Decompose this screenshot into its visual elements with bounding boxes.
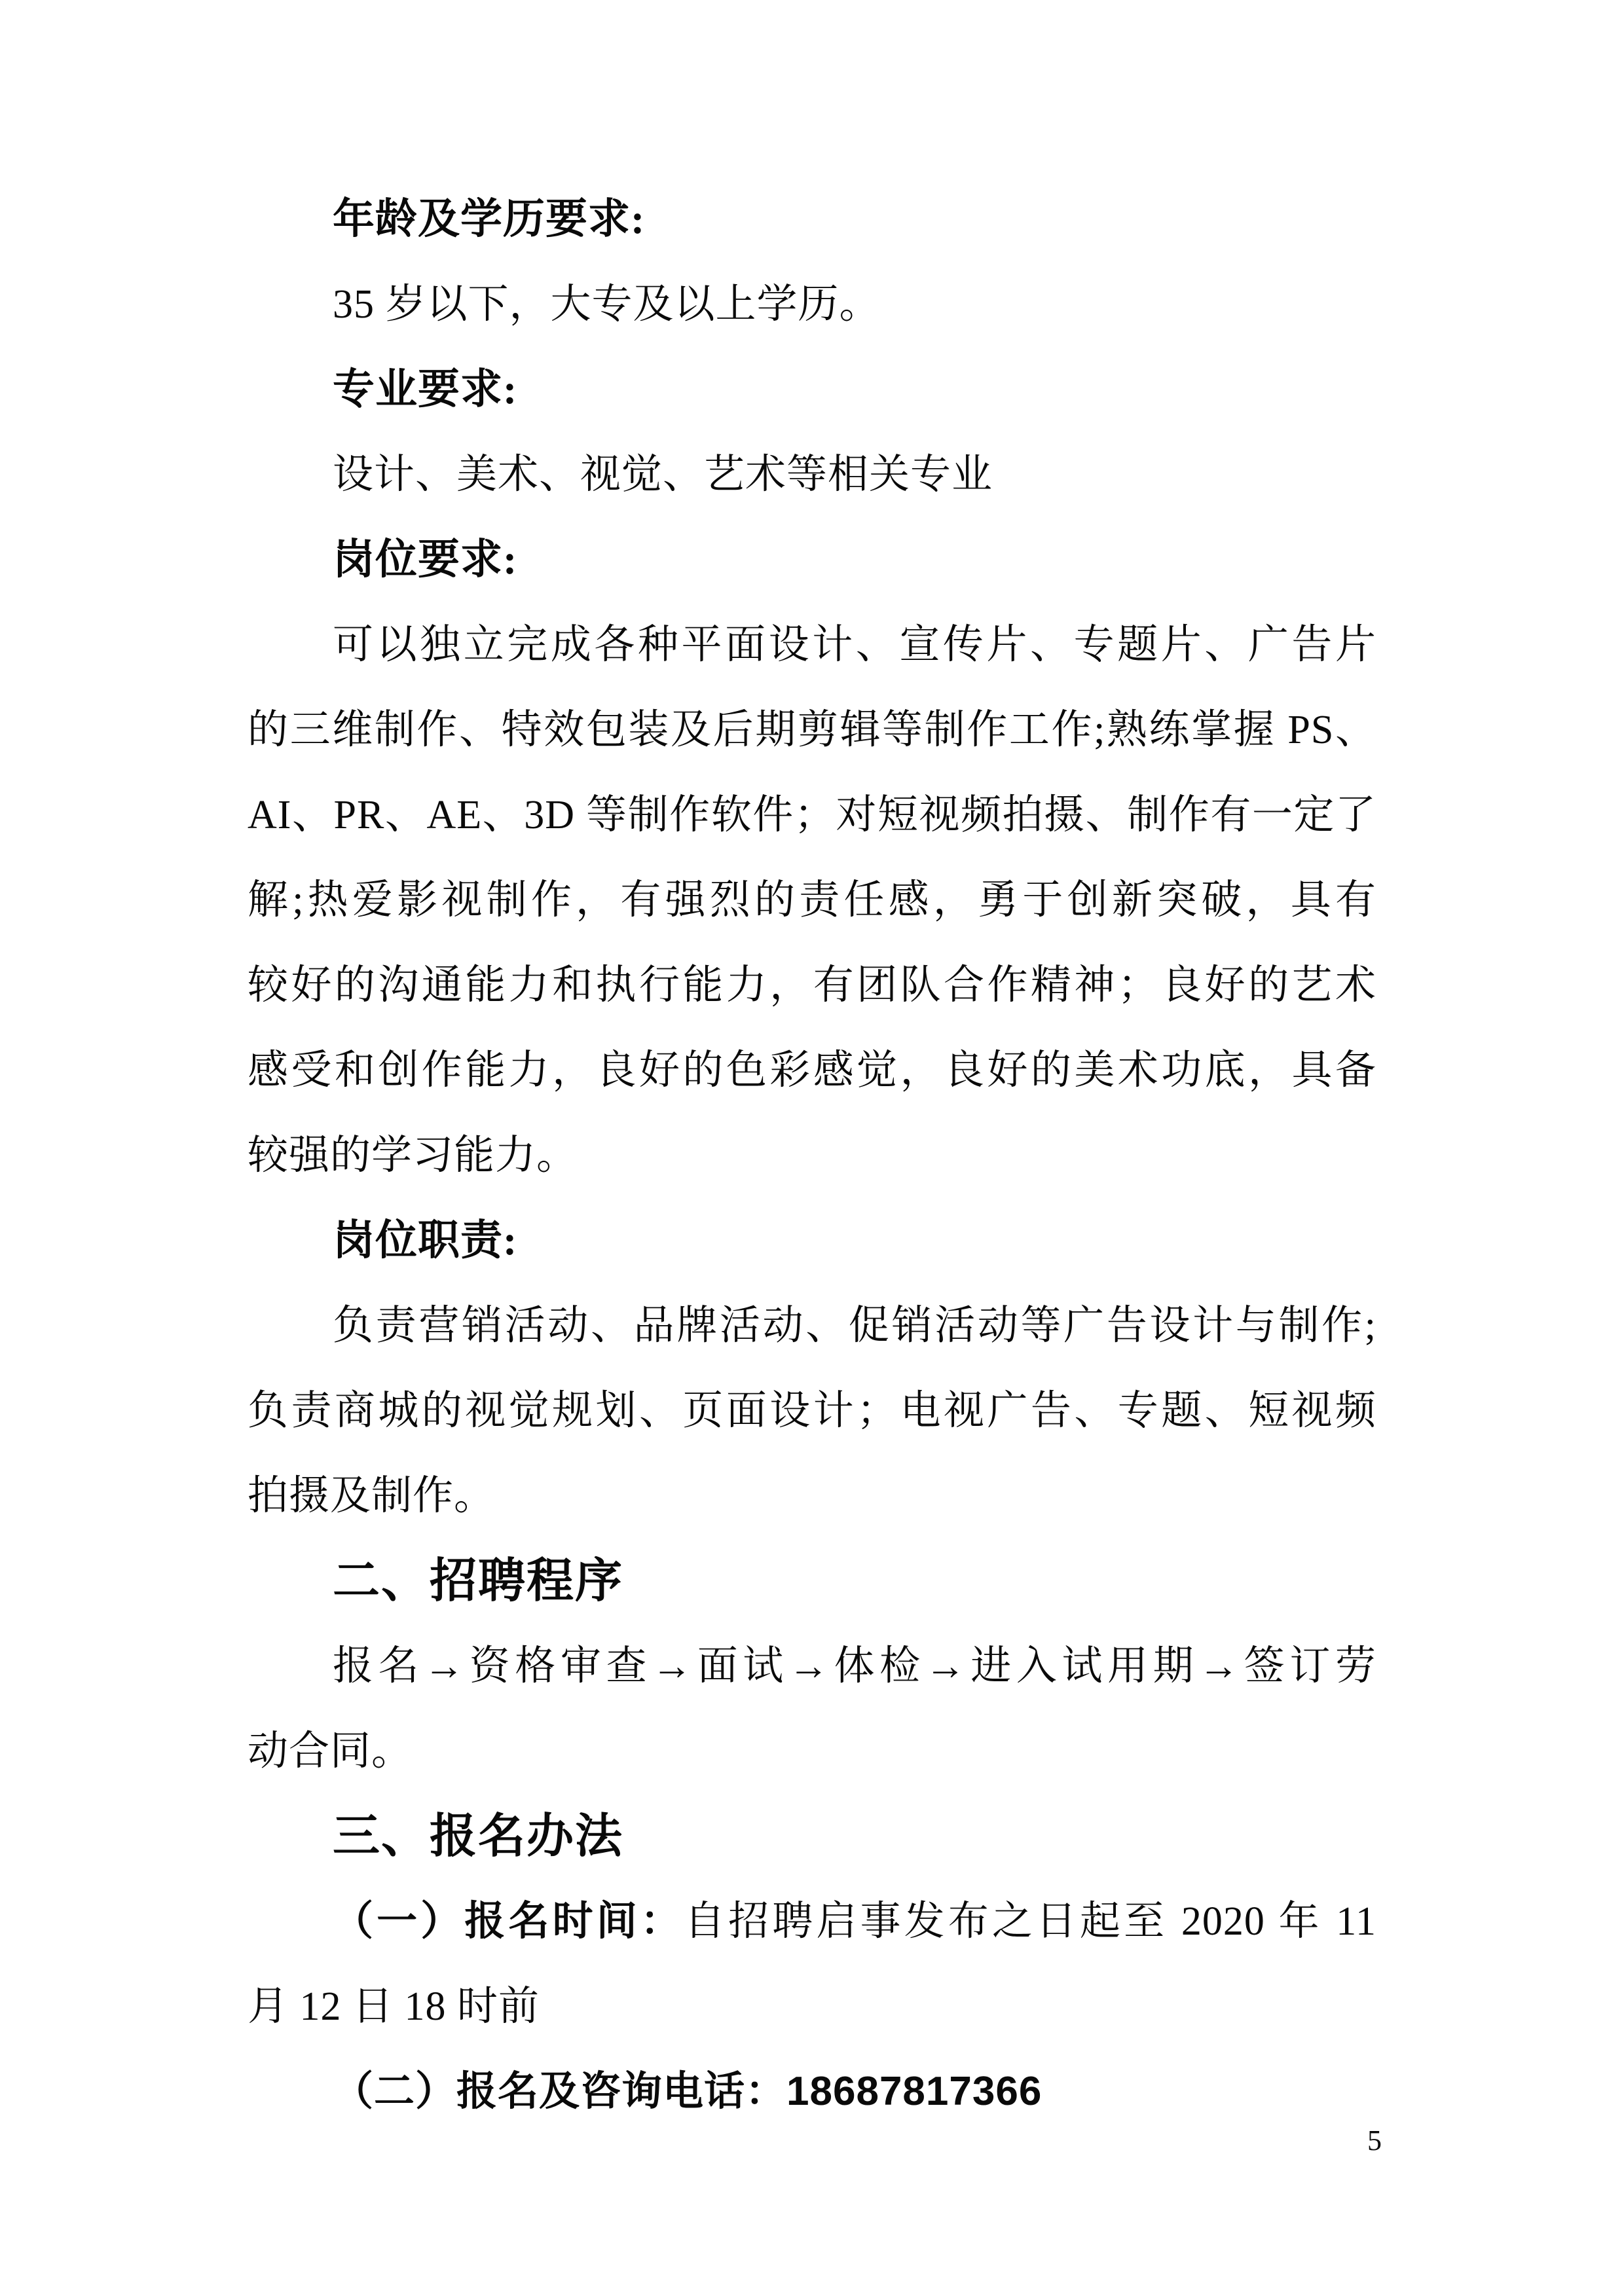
- heading-age-education-req: 年龄及学历要求:: [248, 177, 1376, 262]
- procedure-line-1: 报名→资格审查→面试→体检→进入试用期→签订劳: [248, 1624, 1376, 1709]
- heading-post-duty: 岗位职责:: [248, 1198, 1376, 1283]
- major-req-text: 设计、美术、视觉、艺术等相关专业: [248, 432, 1376, 517]
- post-req-line-4: 解;热爱影视制作，有强烈的责任感，勇于创新突破，具有: [248, 858, 1376, 943]
- procedure-line-2: 动合同。: [248, 1709, 1376, 1794]
- apply-time-value: 自招聘启事发布之日起至 2020 年 11: [684, 1899, 1376, 1944]
- post-duty-line-1: 负责营销活动、品牌活动、促销活动等广告设计与制作;: [248, 1283, 1376, 1368]
- apply-phone-number: 18687817366: [786, 2069, 1042, 2114]
- page-number: 5: [1367, 2121, 1382, 2160]
- heading-post-req: 岗位要求:: [248, 517, 1376, 602]
- heading-major-req: 专业要求:: [248, 347, 1376, 432]
- section-recruit-procedure: 二、招聘程序: [248, 1539, 1376, 1624]
- post-req-line-6: 感受和创作能力，良好的色彩感觉，良好的美术功底，具备: [248, 1028, 1376, 1113]
- apply-phone-line: （二）报名及咨询电话：18687817366: [248, 2049, 1376, 2134]
- post-duty-line-3: 拍摄及制作。: [248, 1453, 1376, 1539]
- apply-phone-label: （二）报名及咨询电话：: [333, 2069, 786, 2114]
- post-req-line-1: 可以独立完成各种平面设计、宣传片、专题片、广告片: [248, 602, 1376, 687]
- apply-time-label: （一）报名时间：: [333, 1899, 684, 1944]
- section-apply-method: 三、报名办法: [248, 1794, 1376, 1879]
- post-req-line-3: AI、PR、AE、3D 等制作软件；对短视频拍摄、制作有一定了: [248, 773, 1376, 858]
- apply-time-line-1: （一）报名时间：自招聘启事发布之日起至 2020 年 11: [248, 1879, 1376, 1964]
- post-req-line-5: 较好的沟通能力和执行能力，有团队合作精神；良好的艺术: [248, 943, 1376, 1028]
- post-duty-line-2: 负责商城的视觉规划、页面设计；电视广告、专题、短视频: [248, 1368, 1376, 1453]
- document-body: 年龄及学历要求: 35 岁以下，大专及以上学历。 专业要求: 设计、美术、视觉、…: [248, 177, 1376, 2134]
- age-education-req-text: 35 岁以下，大专及以上学历。: [248, 262, 1376, 347]
- document-page: 年龄及学历要求: 35 岁以下，大专及以上学历。 专业要求: 设计、美术、视觉、…: [0, 0, 1624, 2296]
- post-req-line-7: 较强的学习能力。: [248, 1113, 1376, 1198]
- apply-time-line-2: 月 12 日 18 时前: [248, 1964, 1376, 2049]
- post-req-line-2: 的三维制作、特效包装及后期剪辑等制作工作;熟练掌握 PS、: [248, 687, 1376, 773]
